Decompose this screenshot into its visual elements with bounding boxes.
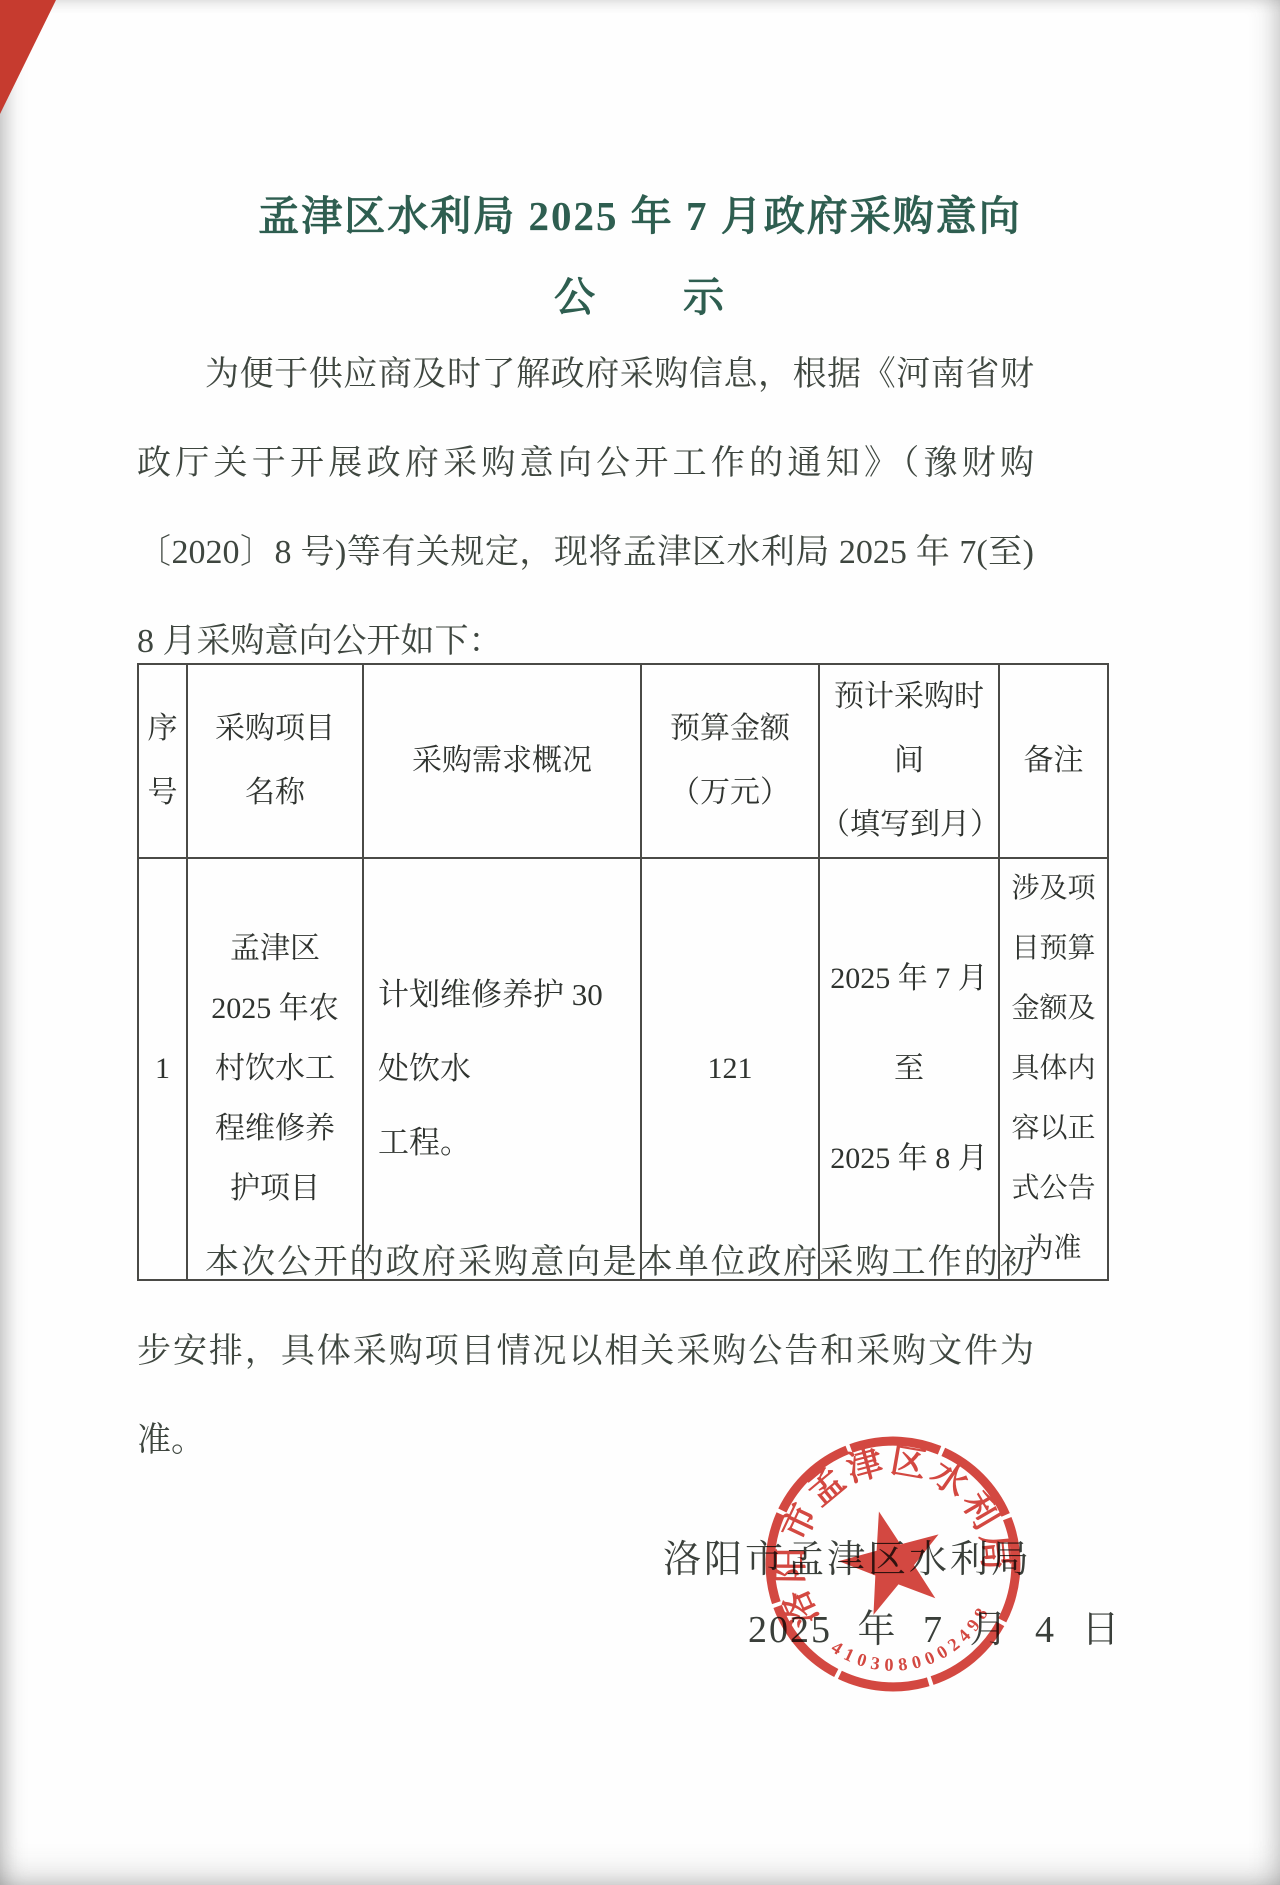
table-row: 1 孟津区 2025 年农 村饮水工 程维修养 护项目 计划维修养护 30 处饮… <box>138 858 1108 1280</box>
scan-corner-red-mark <box>0 0 56 114</box>
closing-line: 步安排，具体采购项目情况以相关采购公告和采购文件为 <box>137 1307 1034 1396</box>
closing-line: 本次公开的政府采购意向是本单位政府采购工作的初 <box>137 1218 1034 1307</box>
intro-line: 政厅关于开展政府采购意向公开工作的通知》（豫财购 <box>137 419 1034 508</box>
cell-demand-overview: 计划维修养护 30 处饮水 工程。 <box>363 858 641 1280</box>
col-header-remark: 备注 <box>999 664 1108 858</box>
col-header-budget: 预算金额 （万元） <box>641 664 819 858</box>
intro-line: 为便于供应商及时了解政府采购信息，根据《河南省财 <box>137 330 1034 419</box>
intro-paragraph: 为便于供应商及时了解政府采购信息，根据《河南省财 政厅关于开展政府采购意向公开工… <box>137 330 1034 686</box>
cell-purchase-time: 2025 年 7 月至 2025 年 8 月 <box>819 858 999 1280</box>
col-header-demand-overview: 采购需求概况 <box>363 664 641 858</box>
col-header-purchase-time: 预计采购时间 （填写到月） <box>819 664 999 858</box>
cell-project-name: 孟津区 2025 年农 村饮水工 程维修养 护项目 <box>187 858 363 1280</box>
cell-seq: 1 <box>138 858 187 1280</box>
procurement-intent-table: 序 号 采购项目 名称 采购需求概况 预算金额 （万元） 预计采购时间 （填写到… <box>137 663 1109 1281</box>
cell-budget: 121 <box>641 858 819 1280</box>
title-line-1: 孟津区水利局 2025 年 7 月政府采购意向 <box>0 183 1280 242</box>
table-header-row: 序 号 采购项目 名称 采购需求概况 预算金额 （万元） 预计采购时间 （填写到… <box>138 664 1108 858</box>
title-line-2: 公 示 <box>0 264 1280 323</box>
col-header-project-name: 采购项目 名称 <box>187 664 363 858</box>
document-title: 孟津区水利局 2025 年 7 月政府采购意向 公 示 <box>0 183 1280 323</box>
col-header-seq: 序 号 <box>138 664 187 858</box>
scanned-document-page: 孟津区水利局 2025 年 7 月政府采购意向 公 示 为便于供应商及时了解政府… <box>0 0 1280 1885</box>
stamp-star <box>829 1498 954 1620</box>
cell-remark: 涉及项 目预算 金额及 具体内 容以正 式公告 为准 <box>999 858 1108 1280</box>
intro-line: 〔2020〕8 号)等有关规定，现将孟津区水利局 2025 年 7(至) <box>137 508 1034 597</box>
